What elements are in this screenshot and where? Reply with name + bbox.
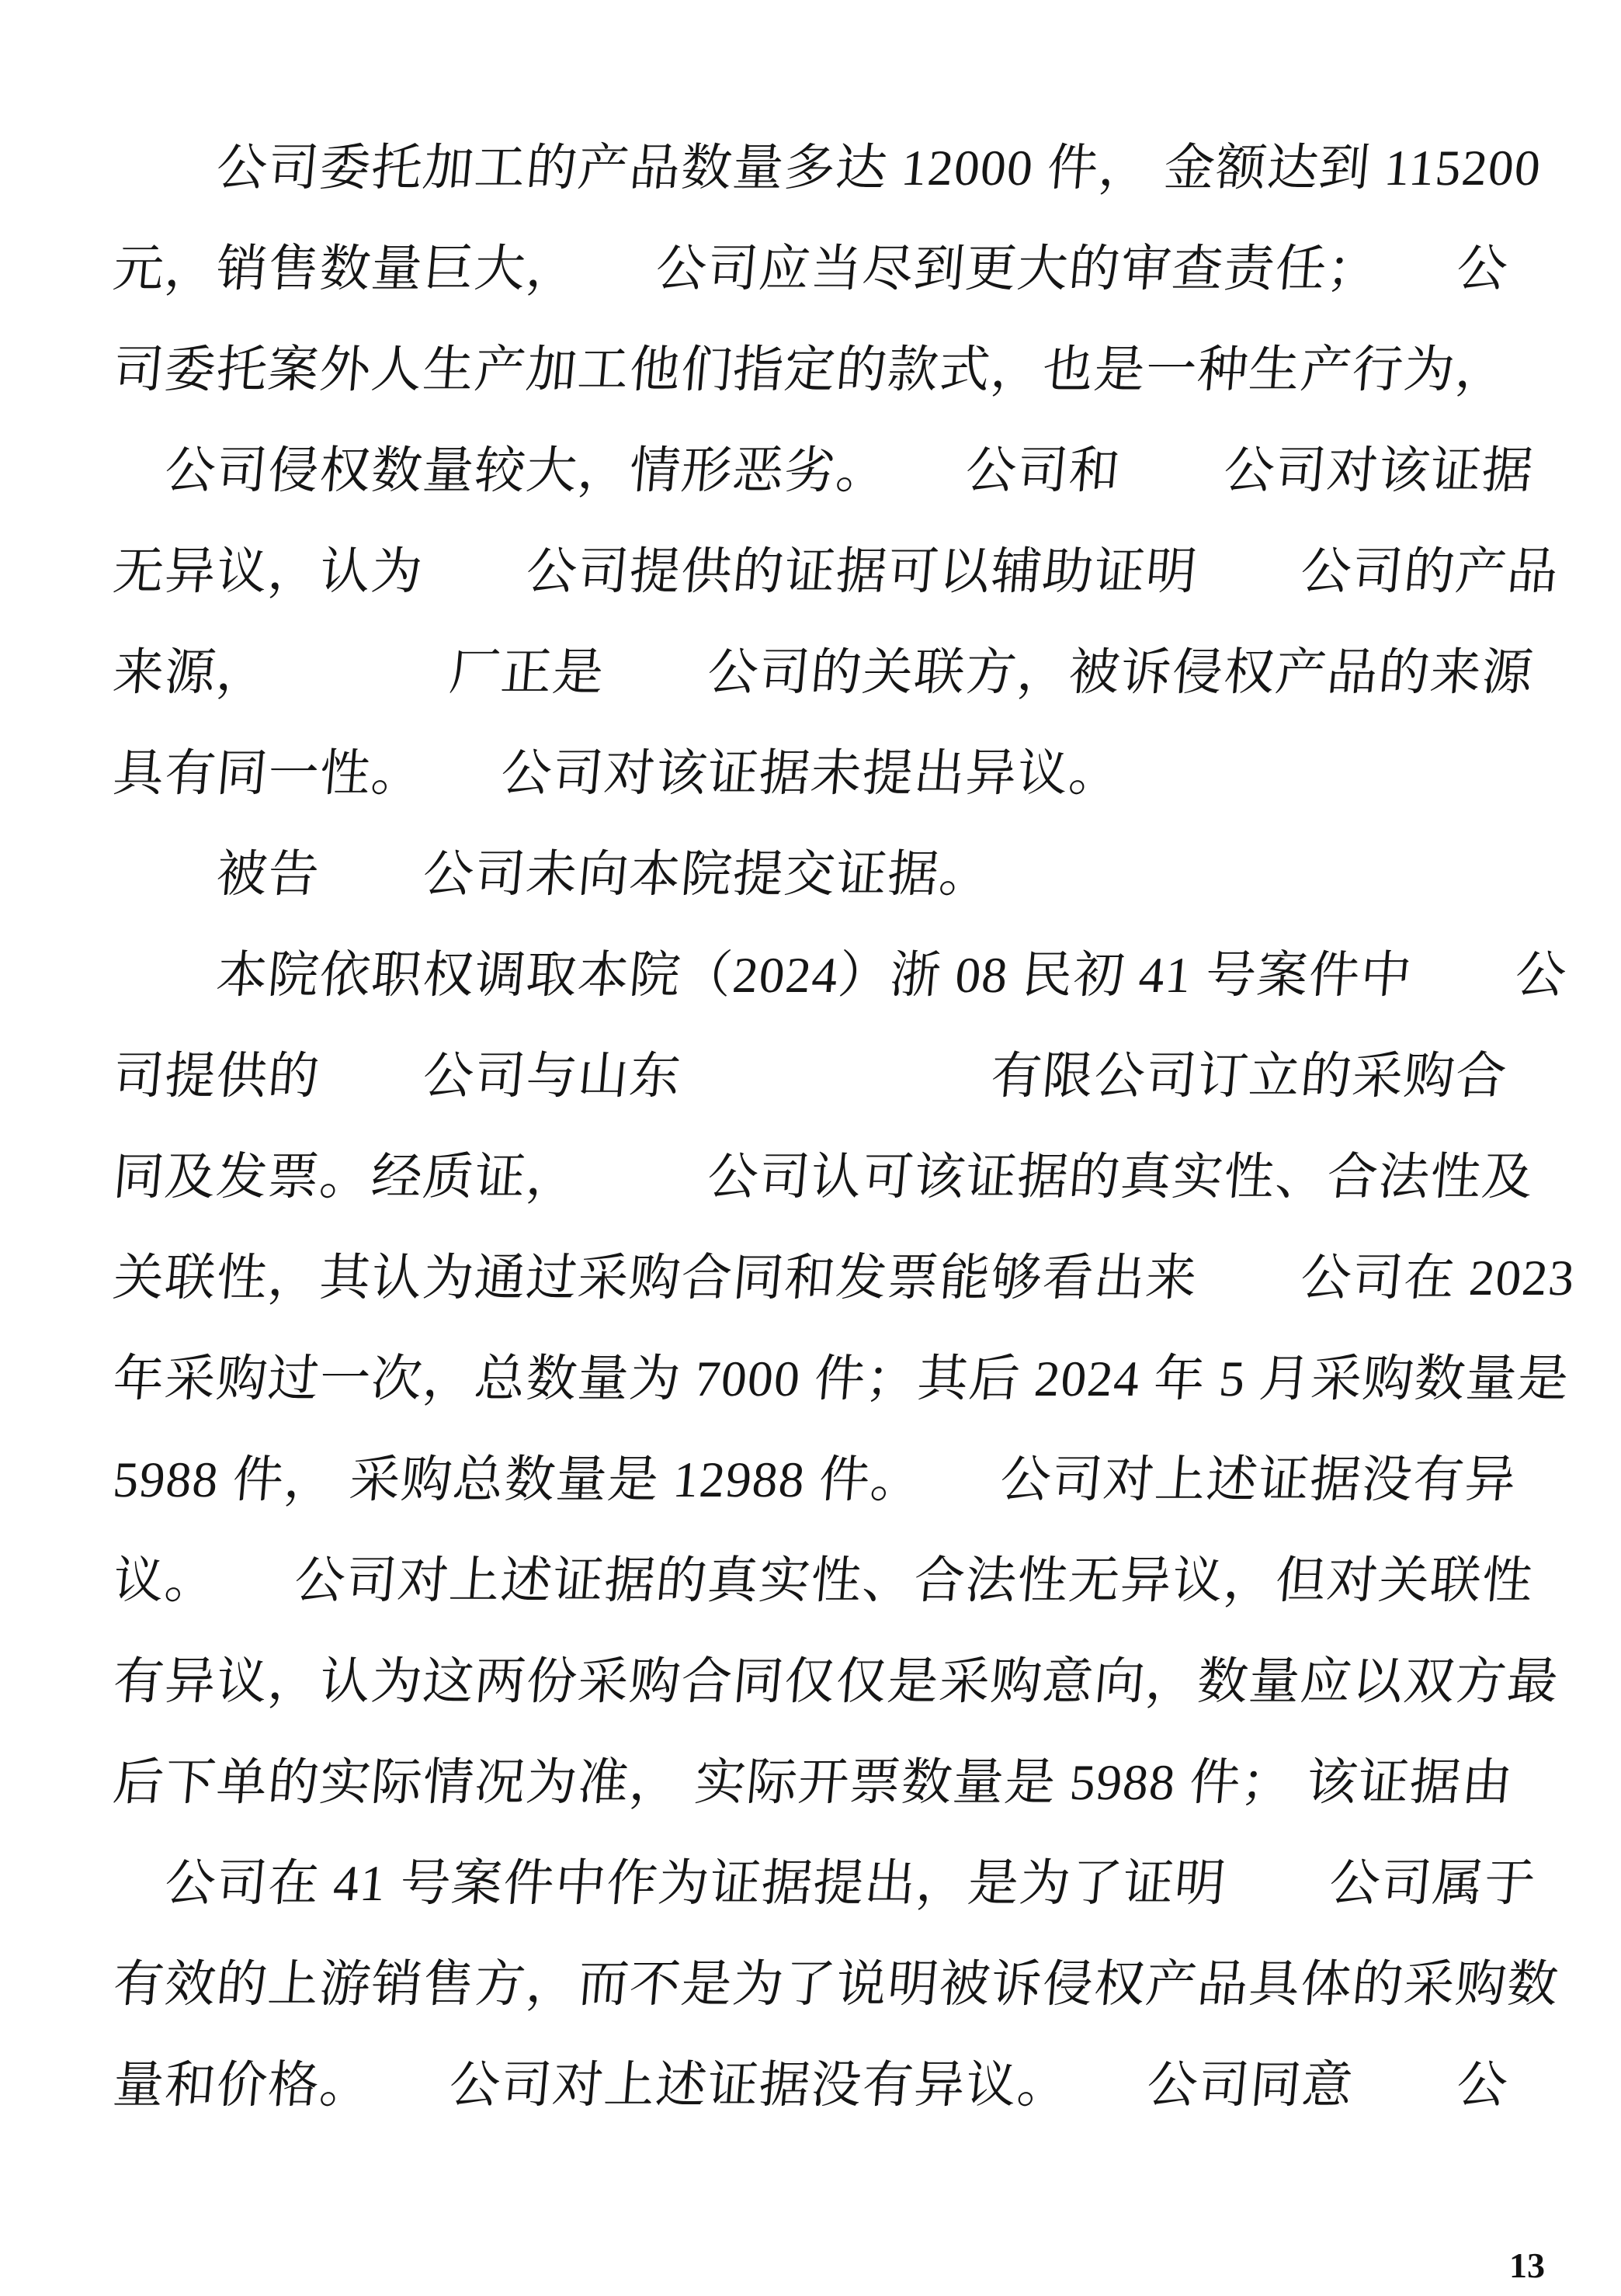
text-line: 具有同一性。 公司对该证据未提出异议。 xyxy=(109,723,1600,824)
text-line: 同及发票。经质证， 公司认可该证据的真实性、合法性及 xyxy=(109,1127,1600,1228)
body-text: 公司委托加工的产品数量多达 12000 件， 金额达到 115200 元，销售数… xyxy=(113,118,1596,2136)
text-line: 有异议，认为这两份采购合同仅仅是采购意向，数量应以双方最 xyxy=(109,1632,1600,1732)
text-line: 公司在 41 号案件中作为证据提出，是为了证明 公司属于 xyxy=(109,1833,1600,1934)
text-line: 关联性，其认为通过采购合同和发票能够看出来 公司在 2023 xyxy=(109,1228,1600,1329)
text-line: 无异议，认为 公司提供的证据可以辅助证明 公司的产品 xyxy=(109,522,1600,623)
page-number: 13 xyxy=(1509,2245,1545,2286)
text-line: 议。 公司对上述证据的真实性、合法性无异议，但对关联性 xyxy=(109,1531,1600,1632)
text-line: 司委托案外人生产加工他们指定的款式，也是一种生产行为， xyxy=(109,320,1600,421)
text-line: 被告 公司未向本院提交证据。 xyxy=(109,824,1600,925)
text-line: 司提供的 公司与山东 有限公司订立的采购合 xyxy=(109,1026,1600,1127)
text-line: 5988 件， 采购总数量是 12988 件。 公司对上述证据没有异 xyxy=(109,1430,1600,1531)
text-line: 来源， 厂正是 公司的关联方，被诉侵权产品的来源 xyxy=(109,623,1600,723)
text-line: 年采购过一次，总数量为 7000 件；其后 2024 年 5 月采购数量是 xyxy=(109,1329,1600,1430)
text-line: 后下单的实际情况为准， 实际开票数量是 5988 件； 该证据由 xyxy=(109,1732,1600,1833)
text-line: 有效的上游销售方，而不是为了说明被诉侵权产品具体的采购数 xyxy=(109,1934,1600,2035)
text-line: 公司侵权数量较大，情形恶劣。 公司和 公司对该证据 xyxy=(109,421,1600,522)
document-page: 公司委托加工的产品数量多达 12000 件， 金额达到 115200 元，销售数… xyxy=(0,0,1621,2296)
text-line: 公司委托加工的产品数量多达 12000 件， 金额达到 115200 xyxy=(109,118,1600,219)
text-line: 量和价格。 公司对上述证据没有异议。 公司同意 公 xyxy=(109,2035,1600,2136)
text-line: 元，销售数量巨大， 公司应当尽到更大的审查责任； 公 xyxy=(109,219,1600,320)
text-line: 本院依职权调取本院（2024）浙 08 民初 41 号案件中 公 xyxy=(109,925,1600,1026)
